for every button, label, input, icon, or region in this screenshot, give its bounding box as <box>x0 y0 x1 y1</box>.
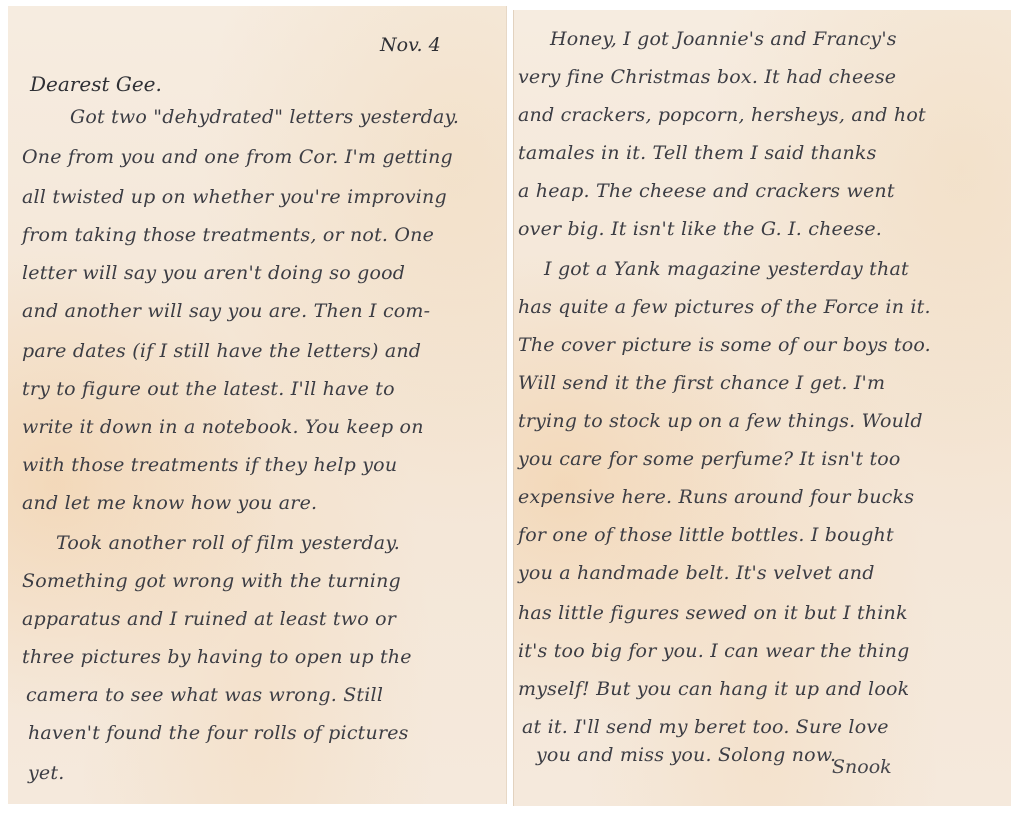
text-line: The cover picture is some of our boys to… <box>518 334 931 356</box>
text-line: three pictures by having to open up the <box>22 646 412 668</box>
text-line: has quite a few pictures of the Force in… <box>518 296 931 318</box>
text-line: over big. It isn't like the G. I. cheese… <box>518 218 882 240</box>
letter-salutation: Dearest Gee. <box>30 72 162 96</box>
text-line: and crackers, popcorn, hersheys, and hot <box>518 104 926 126</box>
text-line: Honey, I got Joannie's and Francy's <box>550 28 897 50</box>
text-line: write it down in a notebook. You keep on <box>22 416 424 438</box>
text-line: from taking those treatments, or not. On… <box>22 224 434 246</box>
text-line: tamales in it. Tell them I said thanks <box>518 142 877 164</box>
text-line: Something got wrong with the turning <box>22 570 401 592</box>
text-line: Will send it the first chance I get. I'm <box>518 372 885 394</box>
text-line: apparatus and I ruined at least two or <box>22 608 396 630</box>
letter-signature: Snook <box>832 756 892 778</box>
text-line: Got two "dehydrated" letters yesterday. <box>70 106 459 128</box>
text-line: for one of those little bottles. I bough… <box>518 524 894 546</box>
text-line: you and miss you. Solong now. <box>536 744 836 766</box>
text-line: I got a Yank magazine yesterday that <box>544 258 909 280</box>
text-line: haven't found the four rolls of pictures <box>28 722 409 744</box>
letter-page-right: Honey, I got Joannie's and Francy's very… <box>514 10 1011 806</box>
text-line: you a handmade belt. It's velvet and <box>518 562 875 584</box>
text-line: trying to stock up on a few things. Woul… <box>518 410 923 432</box>
text-line: myself! But you can hang it up and look <box>518 678 909 700</box>
text-line: camera to see what was wrong. Still <box>26 684 383 706</box>
text-line: expensive here. Runs around four bucks <box>518 486 914 508</box>
letter-page-left: Nov. 4 Dearest Gee. Got two "dehydrated"… <box>8 6 506 804</box>
text-line: yet. <box>28 762 64 784</box>
text-line: a heap. The cheese and crackers went <box>518 180 895 202</box>
text-line: very fine Christmas box. It had cheese <box>518 66 896 88</box>
letter-date: Nov. 4 <box>380 34 441 56</box>
text-line: has little figures sewed on it but I thi… <box>518 602 908 624</box>
text-line: try to figure out the latest. I'll have … <box>22 378 395 400</box>
text-line: One from you and one from Cor. I'm getti… <box>22 146 453 168</box>
text-line: Took another roll of film yesterday. <box>56 532 400 554</box>
text-line: it's too big for you. I can wear the thi… <box>518 640 909 662</box>
text-line: letter will say you aren't doing so good <box>22 262 405 284</box>
text-line: with those treatments if they help you <box>22 454 397 476</box>
text-line: pare dates (if I still have the letters)… <box>22 340 421 362</box>
text-line: all twisted up on whether you're improvi… <box>22 186 447 208</box>
text-line: and another will say you are. Then I com… <box>22 300 430 322</box>
text-line: and let me know how you are. <box>22 492 317 514</box>
text-line: at it. I'll send my beret too. Sure love <box>522 716 889 738</box>
text-line: you care for some perfume? It isn't too <box>518 448 901 470</box>
